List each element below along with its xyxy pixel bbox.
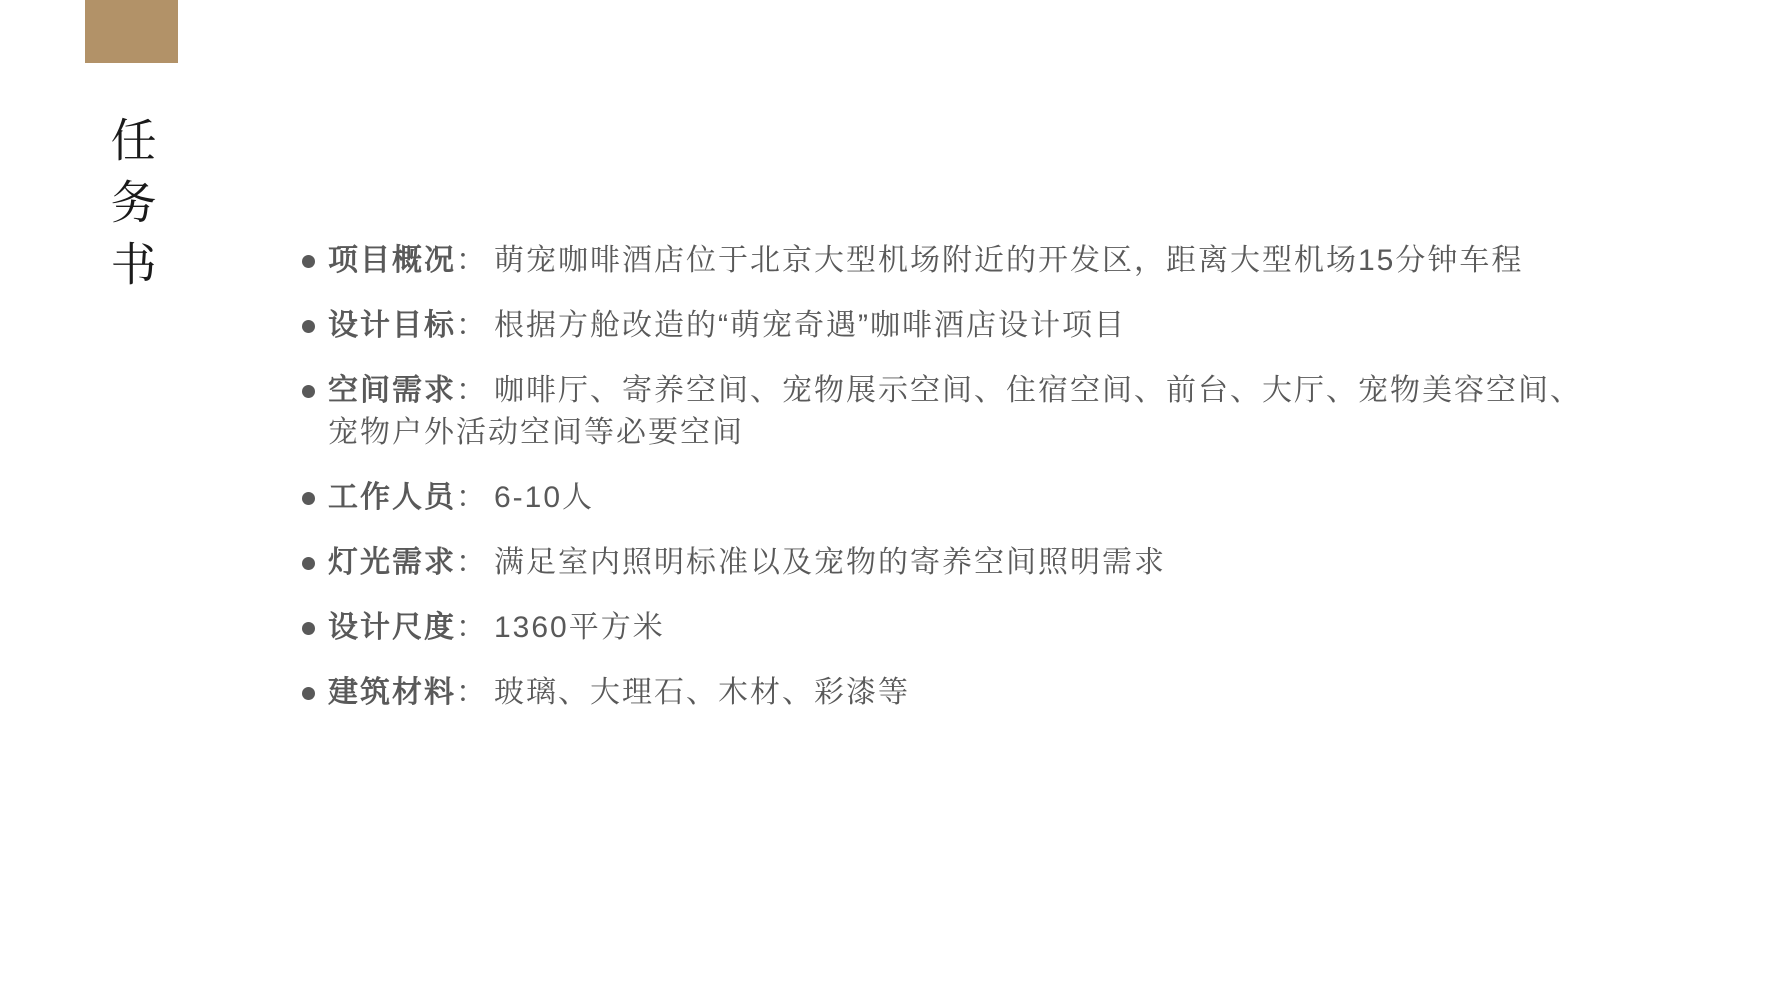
brief-item-scale: 设计尺度：1360平方米 (302, 607, 1662, 649)
item-separator: ： (456, 676, 488, 709)
item-text: 咖啡厅、寄养空间、宠物展示空间、住宿空间、前台、大厅、宠物美容空间、 宠物户外活… (328, 374, 1582, 449)
accent-rectangle (85, 0, 178, 63)
brief-item-project-overview: 项目概况：萌宠咖啡酒店位于北京大型机场附近的开发区，距离大型机场15分钟车程 (302, 240, 1662, 282)
item-text: 玻璃、大理石、木材、彩漆等 (494, 676, 910, 709)
presentation-slide: 任务书 项目概况：萌宠咖啡酒店位于北京大型机场附近的开发区，距离大型机场15分钟… (0, 0, 1778, 1000)
item-separator: ： (456, 374, 488, 407)
bullet-icon (302, 320, 315, 333)
brief-item-staff: 工作人员：6-10人 (302, 477, 1662, 519)
bullet-icon (302, 557, 315, 570)
brief-item-space-requirements: 空间需求：咖啡厅、寄养空间、宠物展示空间、住宿空间、前台、大厅、宠物美容空间、 … (302, 370, 1662, 454)
brief-item-materials: 建筑材料：玻璃、大理石、木材、彩漆等 (302, 672, 1662, 714)
brief-list: 项目概况：萌宠咖啡酒店位于北京大型机场附近的开发区，距离大型机场15分钟车程 设… (302, 240, 1662, 737)
brief-item-content: 灯光需求：满足室内照明标准以及宠物的寄养空间照明需求 (328, 542, 1662, 584)
bullet-icon (302, 622, 315, 635)
item-label: 项目概况 (328, 244, 456, 277)
brief-item-content: 设计尺度：1360平方米 (328, 607, 1662, 649)
item-text: 根据方舱改造的“萌宠奇遇”咖啡酒店设计项目 (494, 309, 1126, 342)
brief-item-design-goal: 设计目标：根据方舱改造的“萌宠奇遇”咖啡酒店设计项目 (302, 305, 1662, 347)
item-text: 1360平方米 (494, 611, 665, 644)
item-label: 建筑材料 (328, 676, 456, 709)
item-label: 工作人员 (328, 481, 456, 514)
item-separator: ： (456, 244, 488, 277)
item-label: 设计目标 (328, 309, 456, 342)
item-text: 萌宠咖啡酒店位于北京大型机场附近的开发区，距离大型机场15分钟车程 (494, 244, 1523, 277)
bullet-icon (302, 687, 315, 700)
item-separator: ： (456, 611, 488, 644)
item-text: 满足室内照明标准以及宠物的寄养空间照明需求 (494, 546, 1166, 579)
bullet-icon (302, 492, 315, 505)
brief-item-content: 空间需求：咖啡厅、寄养空间、宠物展示空间、住宿空间、前台、大厅、宠物美容空间、 … (328, 370, 1662, 454)
bullet-icon (302, 255, 315, 268)
brief-item-lighting: 灯光需求：满足室内照明标准以及宠物的寄养空间照明需求 (302, 542, 1662, 584)
item-label: 设计尺度 (328, 611, 456, 644)
slide-title: 任务书 (104, 116, 155, 302)
bullet-icon (302, 385, 315, 398)
brief-item-content: 设计目标：根据方舱改造的“萌宠奇遇”咖啡酒店设计项目 (328, 305, 1662, 347)
item-text: 6-10人 (494, 481, 594, 514)
item-label: 灯光需求 (328, 546, 456, 579)
item-separator: ： (456, 309, 488, 342)
brief-item-content: 建筑材料：玻璃、大理石、木材、彩漆等 (328, 672, 1662, 714)
item-label: 空间需求 (328, 374, 456, 407)
item-separator: ： (456, 546, 488, 579)
brief-item-content: 项目概况：萌宠咖啡酒店位于北京大型机场附近的开发区，距离大型机场15分钟车程 (328, 240, 1662, 282)
item-separator: ： (456, 481, 488, 514)
brief-item-content: 工作人员：6-10人 (328, 477, 1662, 519)
